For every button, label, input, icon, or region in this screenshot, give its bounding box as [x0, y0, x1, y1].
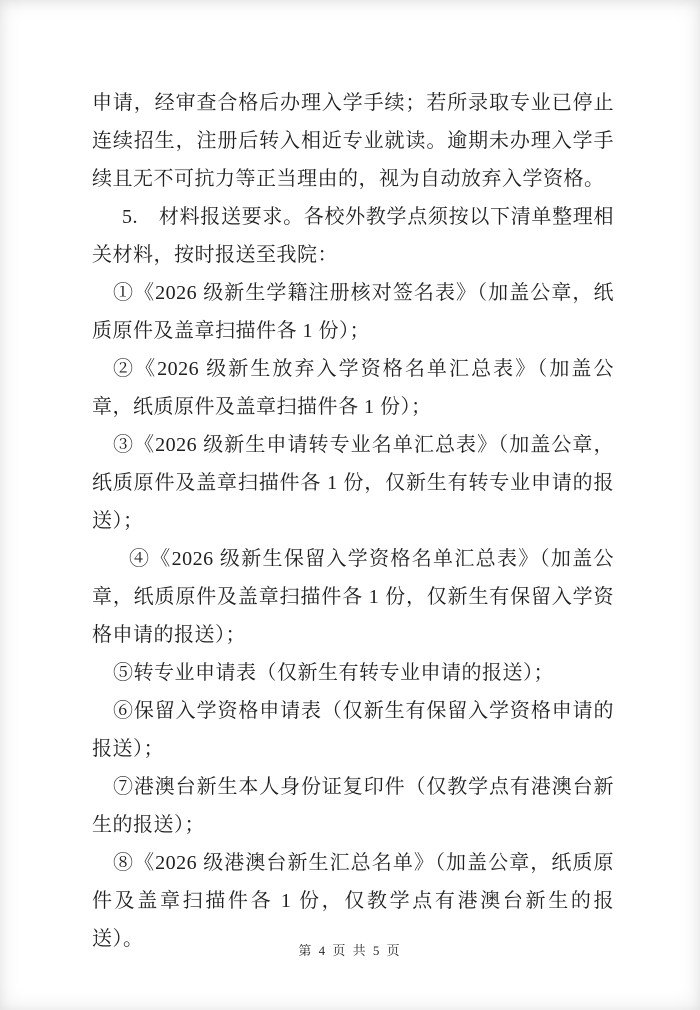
document-body: 申请，经审查合格后办理入学手续；若所录取专业已停止连续招生，注册后转入相近专业就…	[92, 84, 614, 958]
list-item-1: ①《2026 级新生学籍注册核对签名表》（加盖公章，纸质原件及盖章扫描件各 1 …	[92, 274, 614, 350]
page-number: 第 4 页 共 5 页	[0, 940, 700, 959]
paragraph-continuation: 申请，经审查合格后办理入学手续；若所录取专业已停止连续招生，注册后转入相近专业就…	[92, 84, 614, 198]
list-item-5: ⑤转专业申请表（仅新生有转专业申请的报送）；	[92, 654, 614, 692]
list-item-2: ②《2026 级新生放弃入学资格名单汇总表》（加盖公章，纸质原件及盖章扫描件各 …	[92, 350, 614, 426]
list-item-3: ③《2026 级新生申请转专业名单汇总表》（加盖公章，纸质原件及盖章扫描件各 1…	[92, 426, 614, 540]
list-item-7: ⑦港澳台新生本人身份证复印件（仅教学点有港澳台新生的报送）；	[92, 768, 614, 844]
list-item-6: ⑥保留入学资格申请表（仅新生有保留入学资格申请的报送）；	[92, 692, 614, 768]
paragraph-item-5: 5. 材料报送要求。各校外教学点须按以下清单整理相关材料，按时报送至我院：	[92, 198, 614, 274]
document-page: 申请，经审查合格后办理入学手续；若所录取专业已停止连续招生，注册后转入相近专业就…	[0, 0, 700, 1010]
list-item-4: ④《2026 级新生保留入学资格名单汇总表》（加盖公章，纸质原件及盖章扫描件各 …	[92, 540, 614, 654]
